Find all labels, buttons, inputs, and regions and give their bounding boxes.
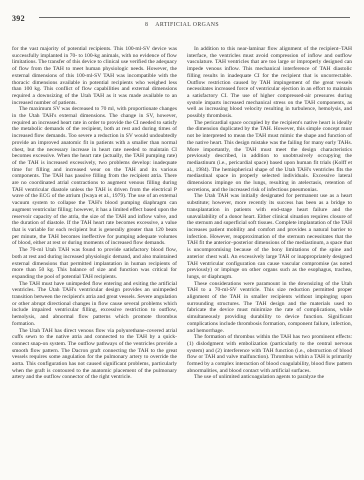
column-right: In addition to this near-laminar flow al…: [187, 46, 352, 381]
paragraph: The TAH must have unimpeded flow enterin…: [12, 281, 177, 328]
chapter-number: 8: [145, 22, 148, 28]
book-page: 392 8ARTIFICIAL ORGANS for the vast majo…: [0, 0, 364, 480]
text-columns: for the vast majority of potential recip…: [12, 46, 352, 381]
paragraph: The 70-ml Utah TAH was found to provide …: [12, 247, 177, 281]
paragraph: for the vast majority of potential recip…: [12, 46, 177, 106]
running-head: 8ARTIFICIAL ORGANS: [12, 22, 352, 28]
paragraph: The maximum SV was decreased to 70 ml, w…: [12, 106, 177, 247]
paragraph: The pericardial space occupied by the re…: [187, 120, 352, 194]
running-title: ARTIFICIAL ORGANS: [155, 22, 219, 28]
paragraph: These considerations were paramount in t…: [187, 281, 352, 335]
paragraph: The Utah TAH has direct venous flow via …: [12, 328, 177, 382]
paragraph: The formation of thrombus within the TAH…: [187, 334, 352, 374]
paragraph: The use of unlimited anticoagulation age…: [187, 374, 352, 381]
header-rule: [39, 17, 350, 18]
page-header: 392 8ARTIFICIAL ORGANS: [12, 14, 352, 40]
column-left: for the vast majority of potential recip…: [12, 46, 177, 381]
paragraph: In addition to this near-laminar flow al…: [187, 46, 352, 120]
paragraph: The Utah TAH was initially designated fo…: [187, 193, 352, 280]
